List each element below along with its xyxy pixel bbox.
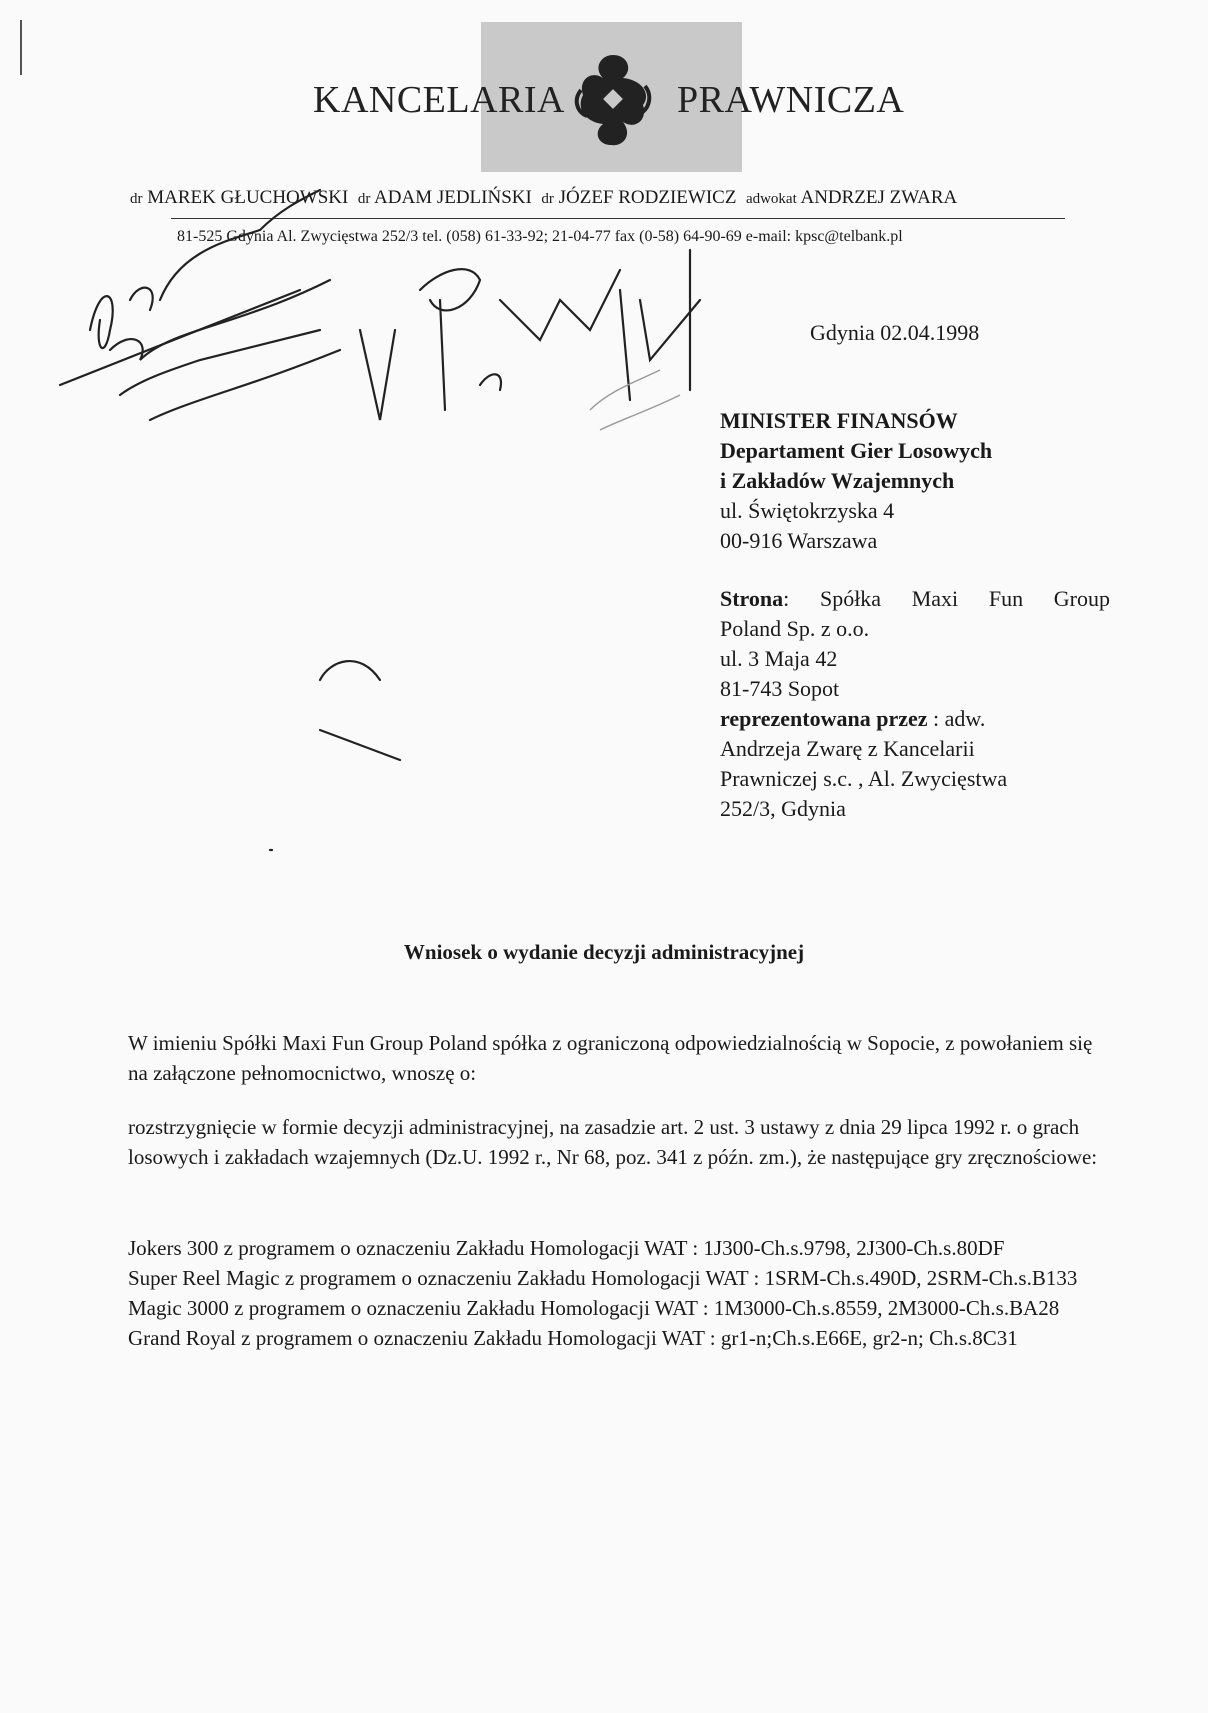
paragraph-request: rozstrzygnięcie w formie decyzji adminis…	[128, 1112, 1112, 1172]
contact-line: 81-525 Gdynia Al. Zwycięstwa 252/3 tel. …	[177, 228, 903, 246]
partners-line: dr MAREK GŁUCHOWSKI dr ADAM JEDLIŃSKI dr…	[130, 187, 957, 209]
letterhead-divider	[171, 218, 1065, 219]
party-block: Strona: Spółka Maxi Fun Group Poland Sp.…	[720, 584, 1110, 824]
firm-emblem-icon	[573, 50, 653, 150]
firm-name-right: PRAWNICZA	[677, 78, 904, 122]
recipient-address: MINISTER FINANSÓW Departament Gier Losow…	[720, 406, 992, 556]
list-item: Grand Royal z programem o oznaczeniu Zak…	[128, 1323, 1112, 1353]
partner-name: ANDRZEJ ZWARA	[800, 187, 957, 208]
list-item: Magic 3000 z programem o oznaczeniu Zakł…	[128, 1293, 1112, 1323]
letter-date: Gdynia 02.04.1998	[810, 320, 979, 346]
partner-name: ADAM JEDLIŃSKI	[374, 187, 532, 208]
paragraph-intro: W imieniu Spółki Maxi Fun Group Poland s…	[128, 1028, 1112, 1088]
list-item: Jokers 300 z programem o oznaczeniu Zakł…	[128, 1233, 1112, 1263]
list-item: Super Reel Magic z programem o oznaczeni…	[128, 1263, 1112, 1293]
margin-mark	[20, 20, 22, 75]
partner-name: MAREK GŁUCHOWSKI	[147, 187, 348, 208]
handwritten-annotations	[0, 0, 1208, 1713]
document-title: Wniosek o wydanie decyzji administracyjn…	[0, 940, 1208, 965]
games-list: Jokers 300 z programem o oznaczeniu Zakł…	[128, 1233, 1112, 1353]
partner-name: JÓZEF RODZIEWICZ	[559, 187, 737, 208]
firm-name-left: KANCELARIA	[313, 78, 565, 122]
